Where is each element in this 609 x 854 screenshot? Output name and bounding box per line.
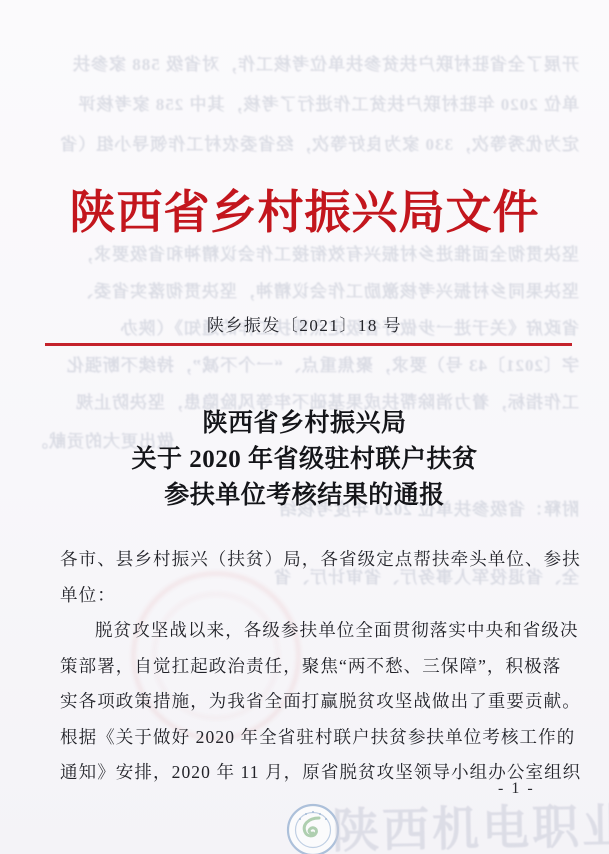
body-line: 策部署，自觉扛起政治责任，聚焦“两不愁、三保障”，积极落 — [60, 649, 557, 685]
doc-number: 陕乡振发〔2021〕18 号 — [0, 311, 609, 336]
body-line: 脱贫攻坚战以来，各级参扶单位全面贯彻落实中央和省级决 — [60, 613, 557, 649]
body-line: 根据《关于做好 2020 年全省驻村联户扶贫参扶单位考核工作的 — [60, 720, 557, 756]
body-line: 单位： — [60, 578, 557, 614]
bleedthrough-line: 坚决果同乡村振兴考核激励工作会议精神，坚决贯彻落实省委、 — [30, 277, 579, 302]
doc-title-line: 关于 2020 年省级驻村联户扶贫 — [0, 442, 609, 478]
college-name-watermark: 陕西机电职业技术学院 — [331, 786, 609, 854]
doc-title-line: 陕西省乡村振兴局 — [0, 406, 609, 442]
page-number: - 1 - — [498, 780, 535, 798]
red-divider-line — [45, 343, 572, 346]
body-line: 实各项政策措施，为我省全面打赢脱贫攻坚战做出了重要贡献。 — [60, 684, 557, 720]
doc-title: 陕西省乡村振兴局 关于 2020 年省级驻村联户扶贫 参扶单位考核结果的通报 — [0, 406, 609, 514]
bleedthrough-line: 定为优秀等次，330 家为良好等次，经省委农村工作领导小组（省 — [30, 130, 579, 155]
bleedthrough-line: 字〔2021〕43 号）要求，聚焦重点、“一个不减”，持续不断强化 — [30, 351, 579, 376]
body-line: 各市、县乡村振兴（扶贫）局，各省级定点帮扶牵头单位、参扶 — [60, 542, 557, 578]
document-page: 开展了全省驻村联户扶贫参扶单位考核工作，对省级 588 家参扶 单位 2020 … — [0, 0, 609, 854]
doc-title-line: 参扶单位考核结果的通报 — [0, 478, 609, 514]
bleedthrough-line: 开展了全省驻村联户扶贫参扶单位考核工作，对省级 588 家参扶 — [30, 50, 579, 75]
document-body: 各市、县乡村振兴（扶贫）局，各省级定点帮扶牵头单位、参扶 单位： 脱贫攻坚战以来… — [60, 542, 557, 791]
document-header-title: 陕西省乡村振兴局文件 — [0, 176, 609, 242]
bleedthrough-line: 坚决贯彻全面推进乡村振兴有效衔接工作会议精神和省级要求， — [30, 240, 579, 265]
body-line: 通知》安排，2020 年 11 月，原省脱贫攻坚领导小组办公室组织 — [60, 755, 557, 791]
college-seal-icon — [286, 803, 340, 854]
bleedthrough-line: 单位 2020 年驻村联户扶贫工作进行了考核，其中 258 家考核评 — [30, 90, 579, 115]
